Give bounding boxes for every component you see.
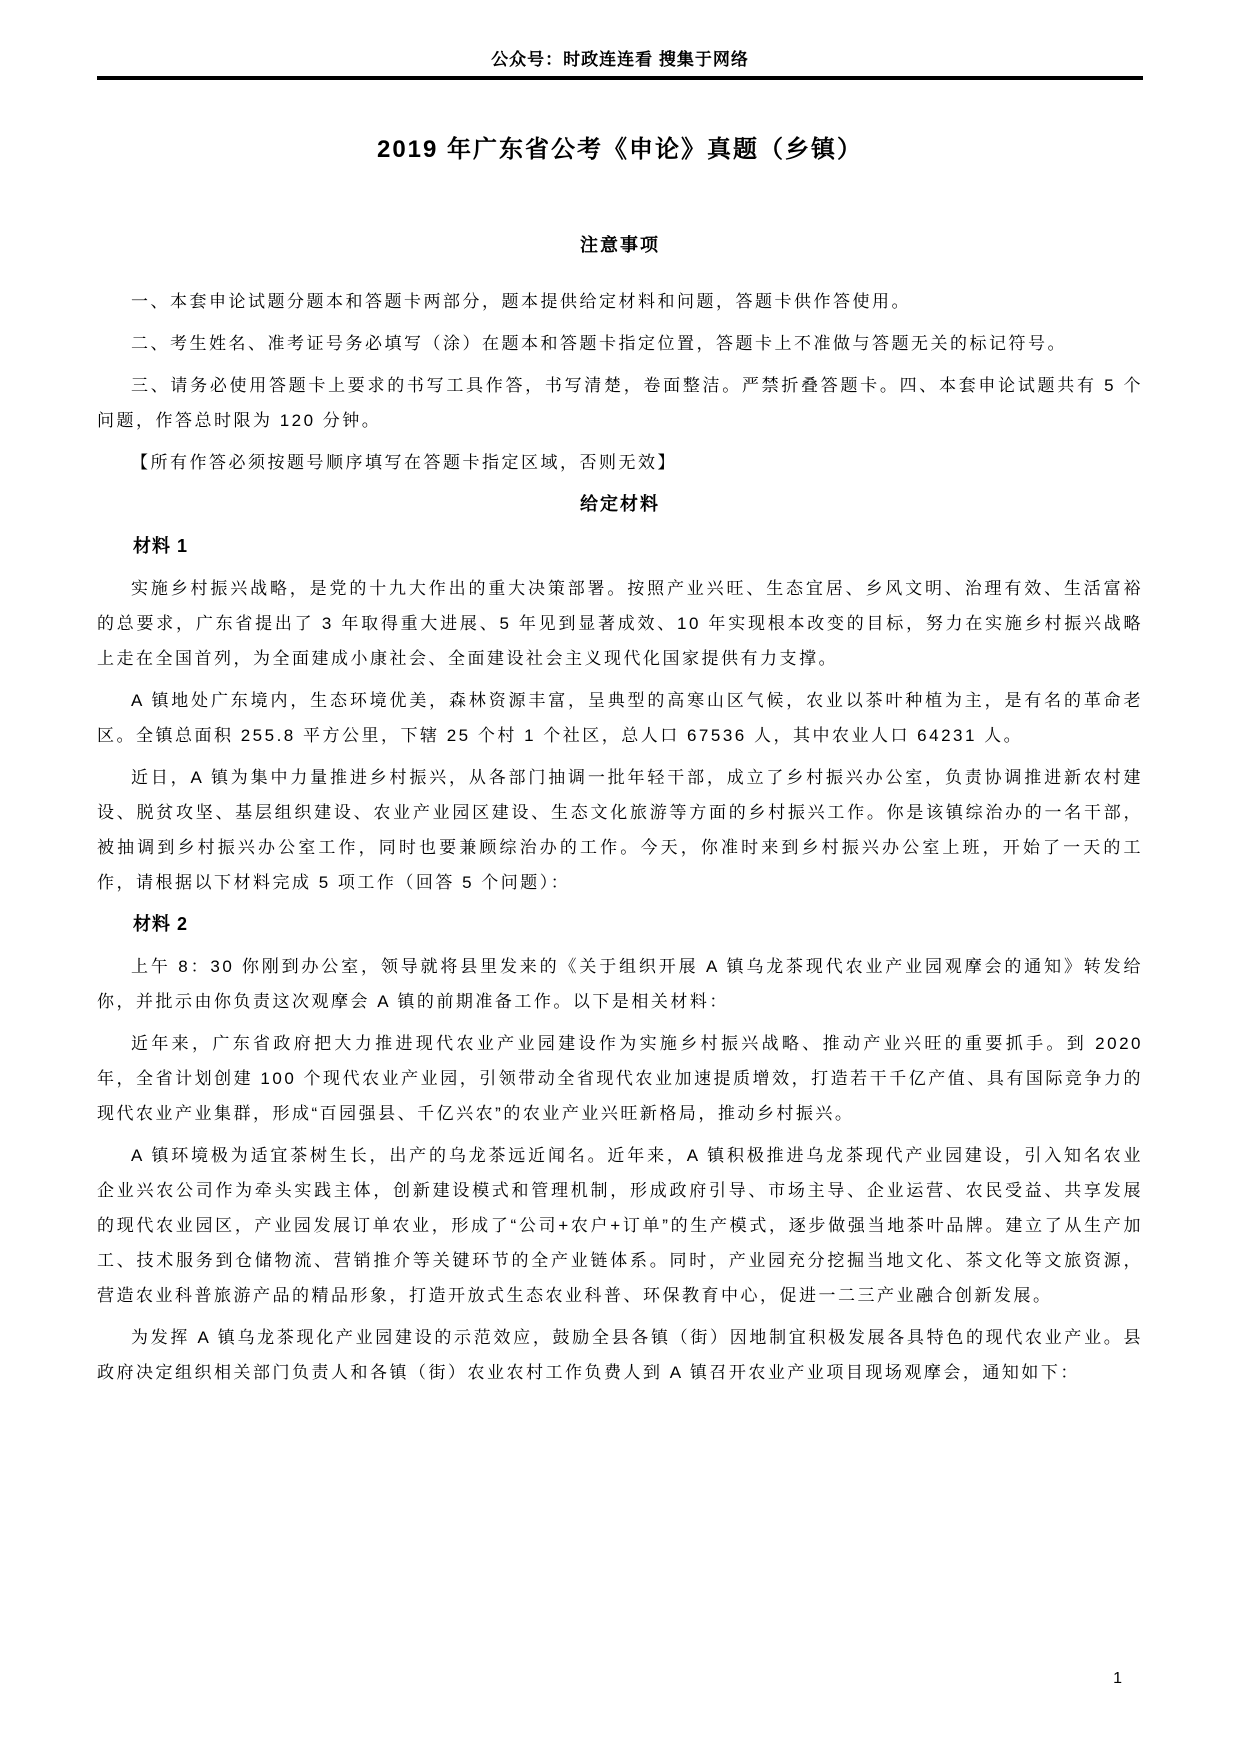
notice-item-1: 一、本套申论试题分题本和答题卡两部分，题本提供给定材料和问题，答题卡供作答使用。 xyxy=(97,284,1143,319)
notice-item-3: 三、请务必使用答题卡上要求的书写工具作答，书写清楚，卷面整洁。严禁折叠答题卡。四… xyxy=(97,368,1143,438)
material2-heading: 材料 2 xyxy=(97,907,1143,942)
materials-heading: 给定材料 xyxy=(97,487,1143,522)
material2-paragraph: A 镇环境极为适宜茶树生长，出产的乌龙茶远近闻名。近年来，A 镇积极推进乌龙茶现… xyxy=(97,1138,1143,1313)
document-page: 公众号：时政连连看 搜集于网络 2019 年广东省公考《申论》真题（乡镇） 注意… xyxy=(0,0,1240,1754)
material1-paragraph: 近日，A 镇为集中力量推进乡村振兴，从各部门抽调一批年轻干部，成立了乡村振兴办公… xyxy=(97,760,1143,900)
material1-paragraph: 实施乡村振兴战略，是党的十九大作出的重大决策部署。按照产业兴旺、生态宜居、乡风文… xyxy=(97,571,1143,676)
material1-heading: 材料 1 xyxy=(97,529,1143,564)
material2-paragraph: 为发挥 A 镇乌龙茶现化产业园建设的示范效应，鼓励全县各镇（街）因地制宜积极发展… xyxy=(97,1320,1143,1390)
header-source-label: 公众号：时政连连看 搜集于网络 xyxy=(0,0,1240,70)
document-title: 2019 年广东省公考《申论》真题（乡镇） xyxy=(97,134,1143,166)
header-rule xyxy=(97,76,1143,80)
page-number: 1 xyxy=(1113,1670,1122,1688)
notice-bracket-note: 【所有作答必须按题号顺序填写在答题卡指定区域，否则无效】 xyxy=(97,445,1143,480)
material1-paragraph: A 镇地处广东境内，生态环境优美，森林资源丰富，呈典型的高寒山区气候，农业以茶叶… xyxy=(97,683,1143,753)
document-content: 2019 年广东省公考《申论》真题（乡镇） 注意事项 一、本套申论试题分题本和答… xyxy=(0,134,1240,1390)
notice-heading: 注意事项 xyxy=(97,230,1143,260)
notice-item-2: 二、考生姓名、准考证号务必填写（涂）在题本和答题卡指定位置，答题卡上不准做与答题… xyxy=(97,326,1143,361)
material2-paragraph: 上午 8：30 你刚到办公室，领导就将县里发来的《关于组织开展 A 镇乌龙茶现代… xyxy=(97,949,1143,1019)
material2-paragraph: 近年来，广东省政府把大力推进现代农业产业园建设作为实施乡村振兴战略、推动产业兴旺… xyxy=(97,1026,1143,1131)
